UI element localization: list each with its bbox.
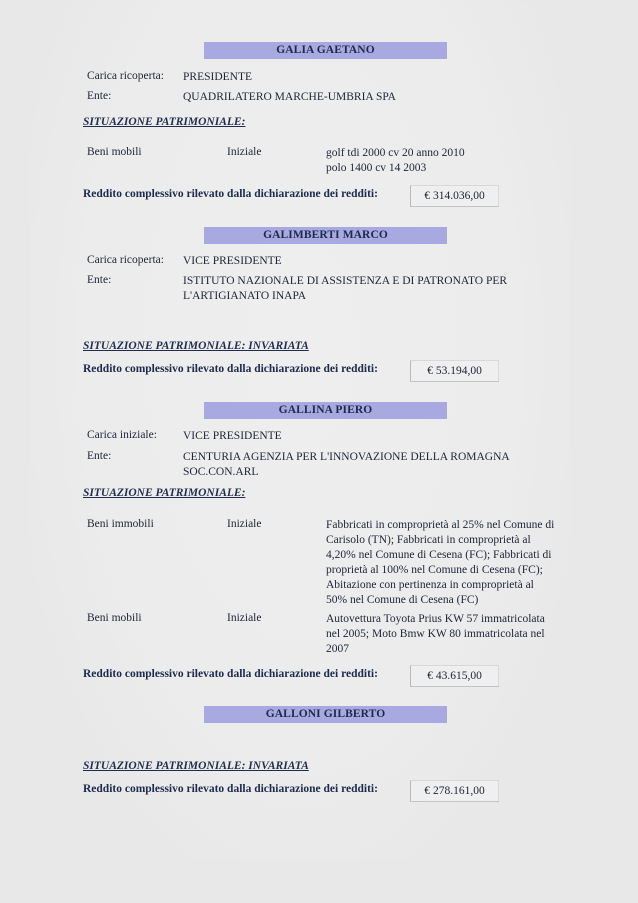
ente-value: ISTITUTO NAZIONALE DI ASSISTENZA E DI PA…: [183, 274, 507, 304]
situazione-heading: SITUAZIONE PATRIMONIALE: INVARIATA: [83, 340, 309, 352]
asset-description-line: 4,20% nel Comune di Cesena (FC); Fabbric…: [326, 548, 554, 563]
ente-value: CENTURIA AGENZIA PER L'INNOVAZIONE DELLA…: [183, 450, 510, 480]
situazione-heading: SITUAZIONE PATRIMONIALE: INVARIATA: [83, 760, 309, 772]
reddito-value: € 314.036,00: [410, 185, 499, 207]
reddito-value: € 53.194,00: [410, 360, 499, 382]
asset-status: Iniziale: [227, 612, 261, 624]
asset-description-line: Fabbricati in comproprietà al 25% nel Co…: [326, 518, 554, 533]
ente-line: L'ARTIGIANATO INAPA: [183, 289, 507, 304]
ente-value: QUADRILATERO MARCHE-UMBRIA SPA: [183, 90, 396, 105]
asset-description: golf tdi 2000 cv 20 anno 2010 polo 1400 …: [326, 146, 465, 176]
ente-label: Ente:: [87, 450, 111, 462]
reddito-label: Reddito complessivo rilevato dalla dichi…: [83, 783, 378, 795]
asset-description-line: golf tdi 2000 cv 20 anno 2010: [326, 146, 465, 161]
asset-description: Autovettura Toyota Prius KW 57 immatrico…: [326, 612, 545, 657]
asset-description-line: nel 2005; Moto Bmw KW 80 immatricolata n…: [326, 627, 545, 642]
situazione-heading: SITUAZIONE PATRIMONIALE:: [83, 116, 245, 128]
person-name-bar: GALIMBERTI MARCO: [204, 227, 447, 244]
role-value: PRESIDENTE: [183, 70, 252, 85]
role-label: Carica ricoperta:: [87, 70, 164, 82]
asset-description-line: 2007: [326, 642, 545, 657]
asset-type: Beni mobili: [87, 612, 142, 624]
asset-type: Beni mobili: [87, 146, 142, 158]
reddito-label: Reddito complessivo rilevato dalla dichi…: [83, 668, 378, 680]
asset-description-line: Autovettura Toyota Prius KW 57 immatrico…: [326, 612, 545, 627]
asset-status: Iniziale: [227, 146, 261, 158]
reddito-label: Reddito complessivo rilevato dalla dichi…: [83, 188, 378, 200]
role-label: Carica ricoperta:: [87, 254, 164, 266]
situazione-heading: SITUAZIONE PATRIMONIALE:: [83, 487, 245, 499]
reddito-label: Reddito complessivo rilevato dalla dichi…: [83, 363, 378, 375]
asset-description-line: 50% nel Comune di Cesena (FC): [326, 593, 554, 608]
asset-description-line: Carisolo (TN); Fabbricati in compropriet…: [326, 533, 554, 548]
asset-description-line: Abitazione con pertinenza in compropriet…: [326, 578, 554, 593]
role-label: Carica iniziale:: [87, 429, 157, 441]
ente-line: CENTURIA AGENZIA PER L'INNOVAZIONE DELLA…: [183, 450, 510, 465]
person-name-bar: GALLINA PIERO: [204, 402, 447, 419]
asset-status: Iniziale: [227, 518, 261, 530]
ente-line: ISTITUTO NAZIONALE DI ASSISTENZA E DI PA…: [183, 274, 507, 289]
ente-label: Ente:: [87, 90, 111, 102]
asset-description: Fabbricati in comproprietà al 25% nel Co…: [326, 518, 554, 608]
asset-description-line: polo 1400 cv 14 2003: [326, 161, 465, 176]
person-name-bar: GALIA GAETANO: [204, 42, 447, 59]
role-value: VICE PRESIDENTE: [183, 254, 282, 269]
ente-line: SOC.CON.ARL: [183, 465, 510, 480]
asset-description-line: proprietà al 100% nel Comune di Cesena (…: [326, 563, 554, 578]
asset-type: Beni immobili: [87, 518, 154, 530]
ente-label: Ente:: [87, 274, 111, 286]
role-value: VICE PRESIDENTE: [183, 429, 282, 444]
reddito-value: € 278.161,00: [410, 780, 499, 802]
reddito-value: € 43.615,00: [410, 665, 499, 687]
person-name-bar: GALLONI GILBERTO: [204, 706, 447, 723]
